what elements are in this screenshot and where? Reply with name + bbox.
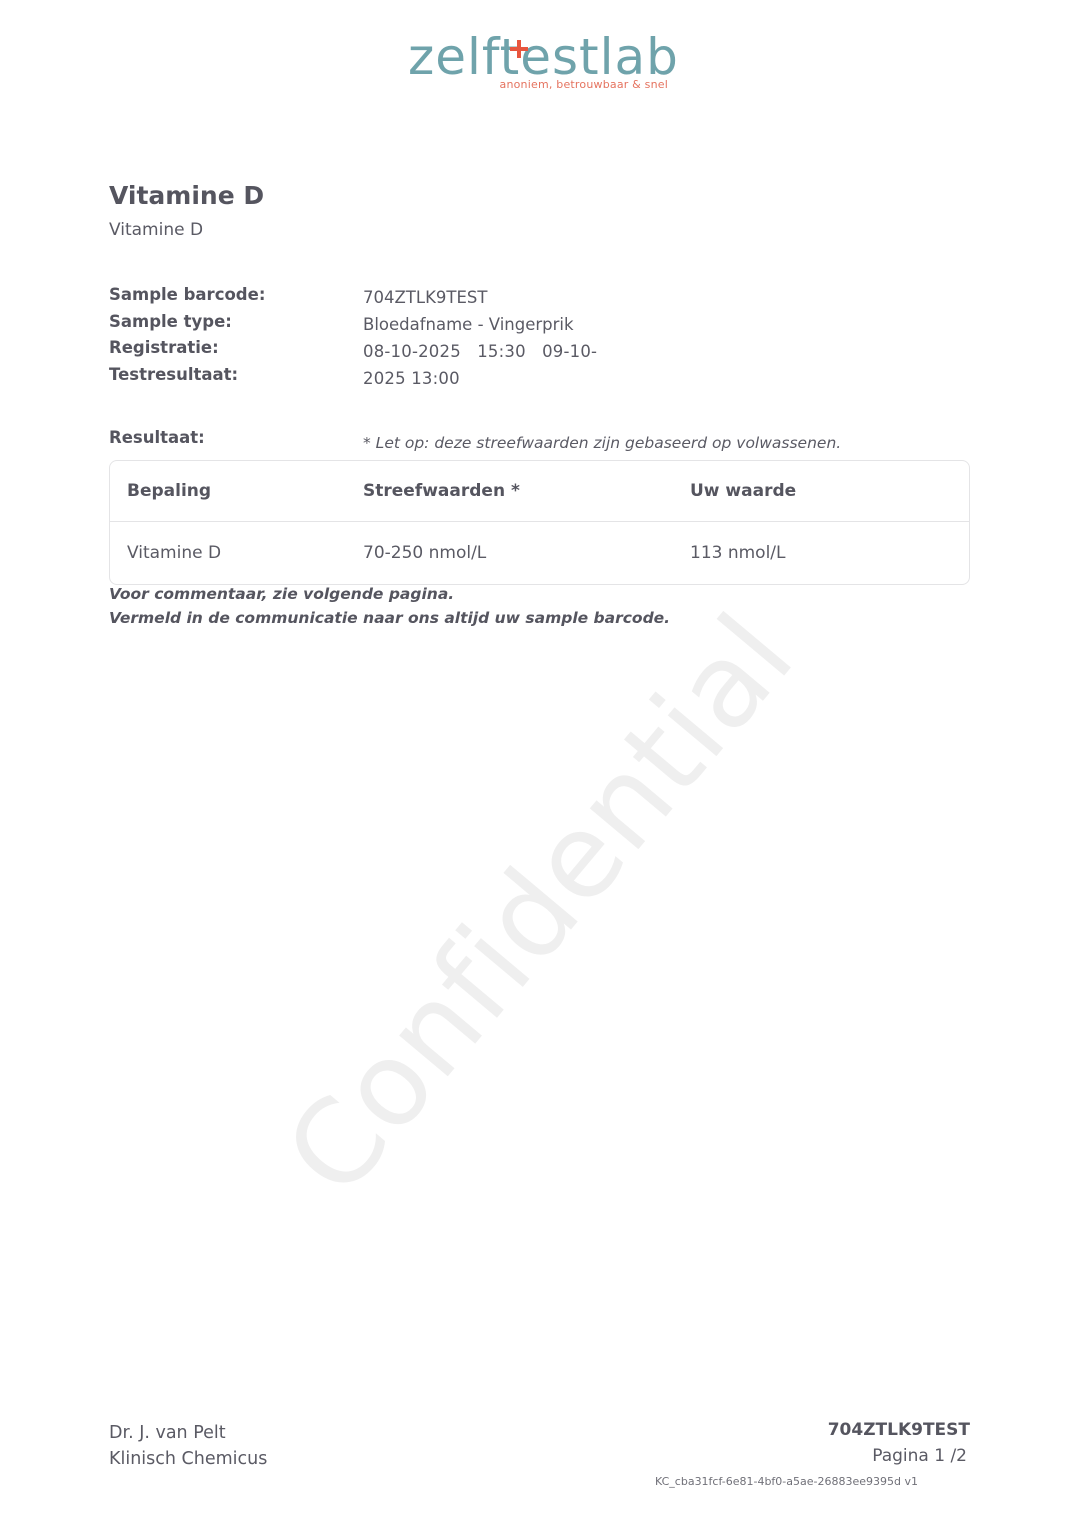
page-number: Pagina 1 /2 bbox=[828, 1442, 967, 1470]
table-header-row: Bepaling Streefwaarden * Uw waarde bbox=[110, 461, 969, 522]
signature-block: Dr. J. van Pelt Klinisch Chemicus bbox=[109, 1420, 267, 1472]
page-title: Vitamine D bbox=[109, 181, 264, 210]
label-sample-barcode: Sample barcode: bbox=[109, 284, 359, 311]
brand-tagline: anoniem, betrouwbaar & snel bbox=[500, 78, 668, 91]
confidential-watermark: Confidential bbox=[260, 590, 820, 1221]
footer-barcode: 704ZTLK9TEST bbox=[828, 1418, 970, 1442]
value-registratie-testresultaat: 08-10-2025 15:30 09-10-2025 13:00 bbox=[363, 338, 608, 392]
medical-cross-icon bbox=[510, 40, 528, 58]
document-id: KC_cba31fcf-6e81-4bf0-a5ae-26883ee9395d … bbox=[655, 1475, 918, 1488]
page-subtitle: Vitamine D bbox=[109, 220, 203, 240]
footer-right: 704ZTLK9TEST Pagina 1 /2 bbox=[828, 1418, 970, 1470]
result-label: Resultaat: bbox=[109, 428, 205, 447]
label-testresultaat: Testresultaat: bbox=[109, 364, 359, 391]
brand-logo: zelftestlab anoniem, betrouwbaar & snel bbox=[408, 28, 672, 94]
label-registratie: Registratie: bbox=[109, 337, 359, 364]
reference-note: * Let op: deze streefwaarden zijn gebase… bbox=[363, 434, 841, 452]
column-header-streefwaarden: Streefwaarden * bbox=[363, 461, 520, 521]
label-sample-type: Sample type: bbox=[109, 311, 359, 338]
table-row: Vitamine D 70-250 nmol/L 113 nmol/L bbox=[110, 522, 969, 584]
sample-info-labels: Sample barcode: Sample type: Registratie… bbox=[109, 284, 359, 390]
cell-streefwaarden: 70-250 nmol/L bbox=[363, 522, 486, 584]
value-sample-barcode: 704ZTLK9TEST bbox=[363, 284, 623, 311]
sample-info-values: 704ZTLK9TEST Bloedafname - Vingerprik 08… bbox=[363, 284, 623, 392]
column-header-uw-waarde: Uw waarde bbox=[690, 461, 796, 521]
signer-title: Klinisch Chemicus bbox=[109, 1446, 267, 1472]
cell-bepaling: Vitamine D bbox=[127, 522, 221, 584]
footnote-barcode-reminder: Vermeld in de communicatie naar ons alti… bbox=[109, 609, 670, 627]
column-header-bepaling: Bepaling bbox=[127, 461, 211, 521]
cell-uw-waarde: 113 nmol/L bbox=[690, 522, 786, 584]
result-table: Bepaling Streefwaarden * Uw waarde Vitam… bbox=[109, 460, 970, 585]
value-sample-type: Bloedafname - Vingerprik bbox=[363, 311, 623, 338]
signer-name: Dr. J. van Pelt bbox=[109, 1420, 267, 1446]
footnote-comment: Voor commentaar, zie volgende pagina. bbox=[109, 585, 454, 603]
